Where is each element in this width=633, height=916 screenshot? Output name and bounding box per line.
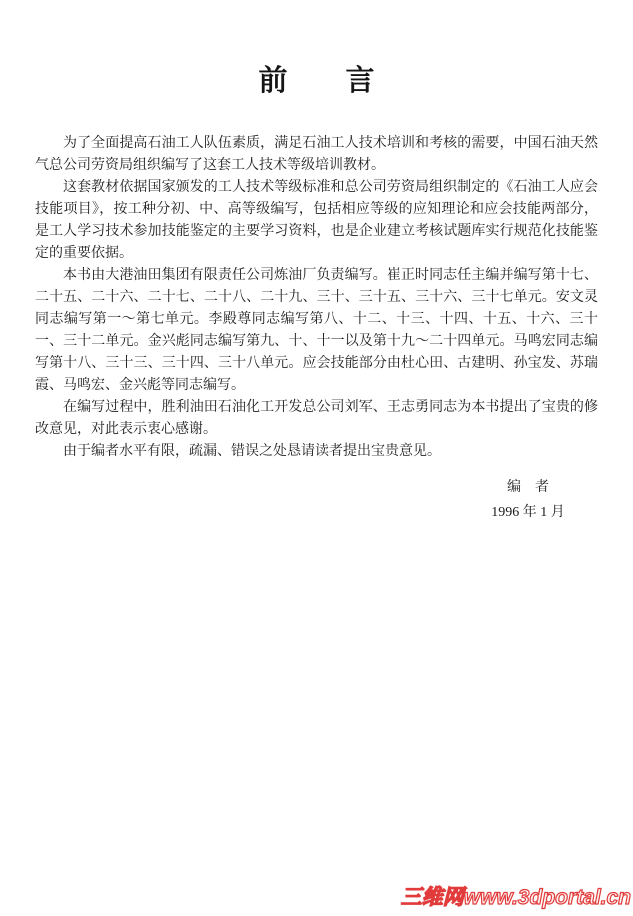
page-title: 前 言 [0,0,633,100]
paragraph: 本书由大港油田集团有限责任公司炼油厂负责编写。崔正时同志任主编并编写第十七、二十… [35,265,598,397]
signature-author: 编 者 [453,477,603,499]
paragraph: 在编写过程中，胜利油田石油化工开发总公司刘军、王志勇同志为本书提出了宝贵的修改意… [35,397,598,441]
watermark: 三维网www.3dportal.cn [401,881,631,911]
paragraph: 为了全面提高石油工人队伍素质，满足石油工人技术培训和考核的需要，中国石油天然气总… [35,133,598,177]
paragraph: 这套教材依据国家颁发的工人技术等级标准和总公司劳资局组织制定的《石油工人应会技能… [35,177,598,265]
signature-date: 1996 年 1 月 [453,502,603,524]
signature-block: 编 者 1996 年 1 月 [453,477,603,524]
preface-body: 为了全面提高石油工人队伍素质，满足石油工人技术培训和考核的需要，中国石油天然气总… [35,133,598,463]
paragraph: 由于编者水平有限，疏漏、错误之处恳请读者提出宝贵意见。 [35,441,598,463]
preface-page: 前 言 为了全面提高石油工人队伍素质，满足石油工人技术培训和考核的需要，中国石油… [0,0,633,916]
